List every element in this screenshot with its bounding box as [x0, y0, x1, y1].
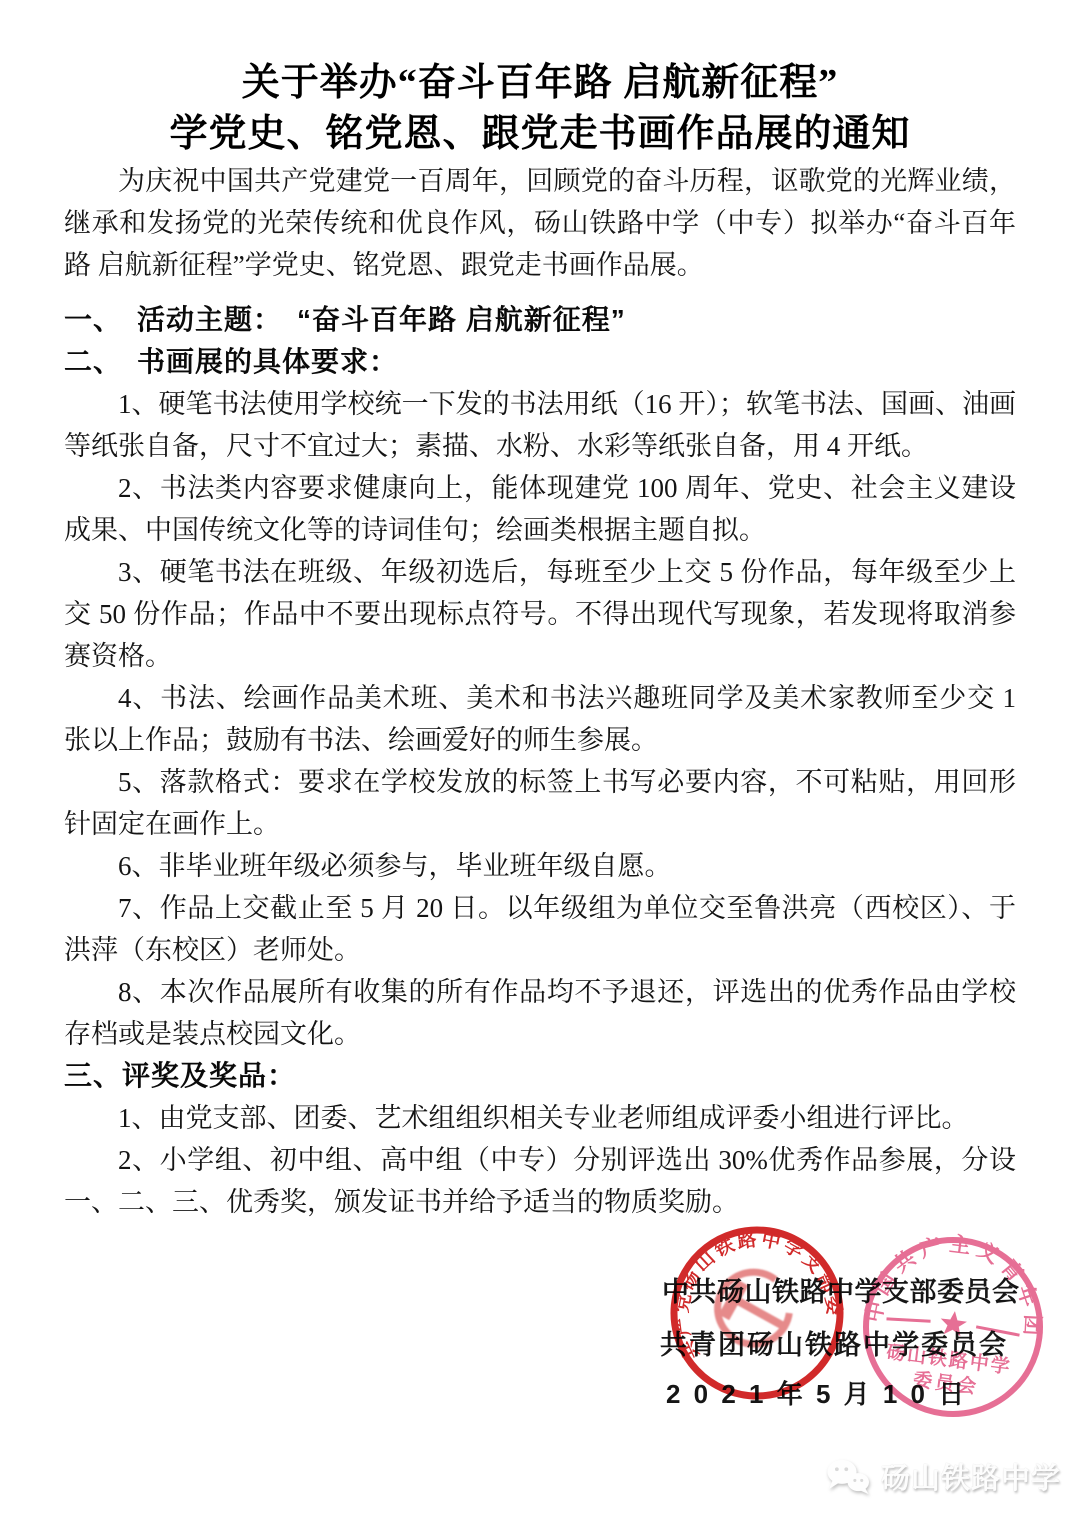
award-item-1: 1、由党支部、团委、艺术组组织相关专业老师组成评委小组进行评比。 — [64, 1097, 1016, 1139]
requirement-item-5: 5、落款格式：要求在学校发放的标签上书写必要内容，不可粘贴，用回形针固定在画作上… — [64, 761, 1016, 845]
title-line-1: 关于举办“奋斗百年路 启航新征程” — [242, 62, 839, 104]
svg-text:中国共产党砀山铁路中学支部委员会: 中国共产党砀山铁路中学支部委员会 — [644, 1200, 849, 1368]
document-body: 关于举办“奋斗百年路 启航新征程” 学党史、铭党恩、跟党走书画作品展的通知 为庆… — [0, 58, 1080, 1223]
youth-league-name: 共青团砀山铁路中学委员会 — [660, 1323, 1008, 1362]
section-1-heading: 一、 活动主题： “奋斗百年路 启航新征程” — [64, 299, 1016, 341]
hammer-sickle-icon — [709, 1265, 795, 1353]
award-item-2: 2、小学组、初中组、高中组（中专）分别评选出 30%优秀作品参展，分设一、二、三… — [64, 1139, 1016, 1223]
requirement-item-4: 4、书法、绘画作品美术班、美术和书法兴趣班同学及美术家教师至少交 1 张以上作品… — [64, 677, 1016, 761]
section-3-heading: 三、评奖及奖品： — [64, 1055, 1016, 1097]
star-and-lines-icon — [885, 1303, 1021, 1343]
seal-ring — [654, 1210, 859, 1415]
seal-ring-text: 中国共产主义青年团 — [861, 1223, 1054, 1343]
wechat-icon — [824, 1457, 872, 1497]
party-branch-seal: 中国共产党砀山铁路中学支部委员会 — [644, 1200, 869, 1425]
party-branch-name: 中共砀山铁路中学支部委员会 — [662, 1270, 1020, 1309]
seal-ring-text: 中国共产党砀山铁路中学支部委员会 — [644, 1200, 849, 1368]
youth-league-seal: 中国共产主义青年团 砀山铁路中学 委员会 — [847, 1221, 1059, 1433]
section-2-heading: 二、 书画展的具体要求： — [64, 341, 1016, 383]
intro-paragraph: 为庆祝中国共产党建党一百周年，回顾党的奋斗历程，讴歌党的光辉业绩，继承和发扬党的… — [64, 160, 1016, 286]
requirement-item-3: 3、硬笔书法在班级、年级初选后，每班至少上交 5 份作品，每年级至少上交 50 … — [64, 551, 1016, 677]
requirement-item-8: 8、本次作品展所有收集的所有作品均不予退还，评选出的优秀作品由学校存档或是装点校… — [64, 971, 1016, 1055]
watermark-label: 砀山铁路中学 — [881, 1456, 1061, 1497]
requirement-item-7: 7、作品上交截止至 5 月 20 日。以年级组为单位交至鲁洪亮（西校区）、于洪萍… — [64, 887, 1016, 971]
requirement-item-1: 1、硬笔书法使用学校统一下发的书法用纸（16 开）；软笔书法、国画、油画等纸张自… — [64, 383, 1016, 467]
seal-ring — [856, 1230, 1050, 1424]
wechat-watermark: 砀山铁路中学 — [824, 1456, 1061, 1497]
title-line-2: 学党史、铭党恩、跟党走书画作品展的通知 — [169, 113, 910, 155]
notice-document: 关于举办“奋斗百年路 启航新征程” 学党史、铭党恩、跟党走书画作品展的通知 为庆… — [0, 0, 1080, 1527]
seal-inner-text-1: 砀山铁路中学 — [885, 1340, 1013, 1378]
page-title: 关于举办“奋斗百年路 启航新征程” 学党史、铭党恩、跟党走书画作品展的通知 — [84, 58, 996, 160]
requirement-item-2: 2、书法类内容要求健康向上，能体现建党 100 周年、党史、社会主义建设成果、中… — [64, 467, 1016, 551]
seal-inner-text-2: 委员会 — [912, 1368, 980, 1399]
svg-text:中国共产主义青年团: 中国共产主义青年团 — [861, 1223, 1054, 1343]
notice-date: 2 0 2 1 年 5 月 1 0 日 — [666, 1374, 967, 1411]
requirement-item-6: 6、非毕业班年级必须参与，毕业班年级自愿。 — [64, 845, 1016, 887]
